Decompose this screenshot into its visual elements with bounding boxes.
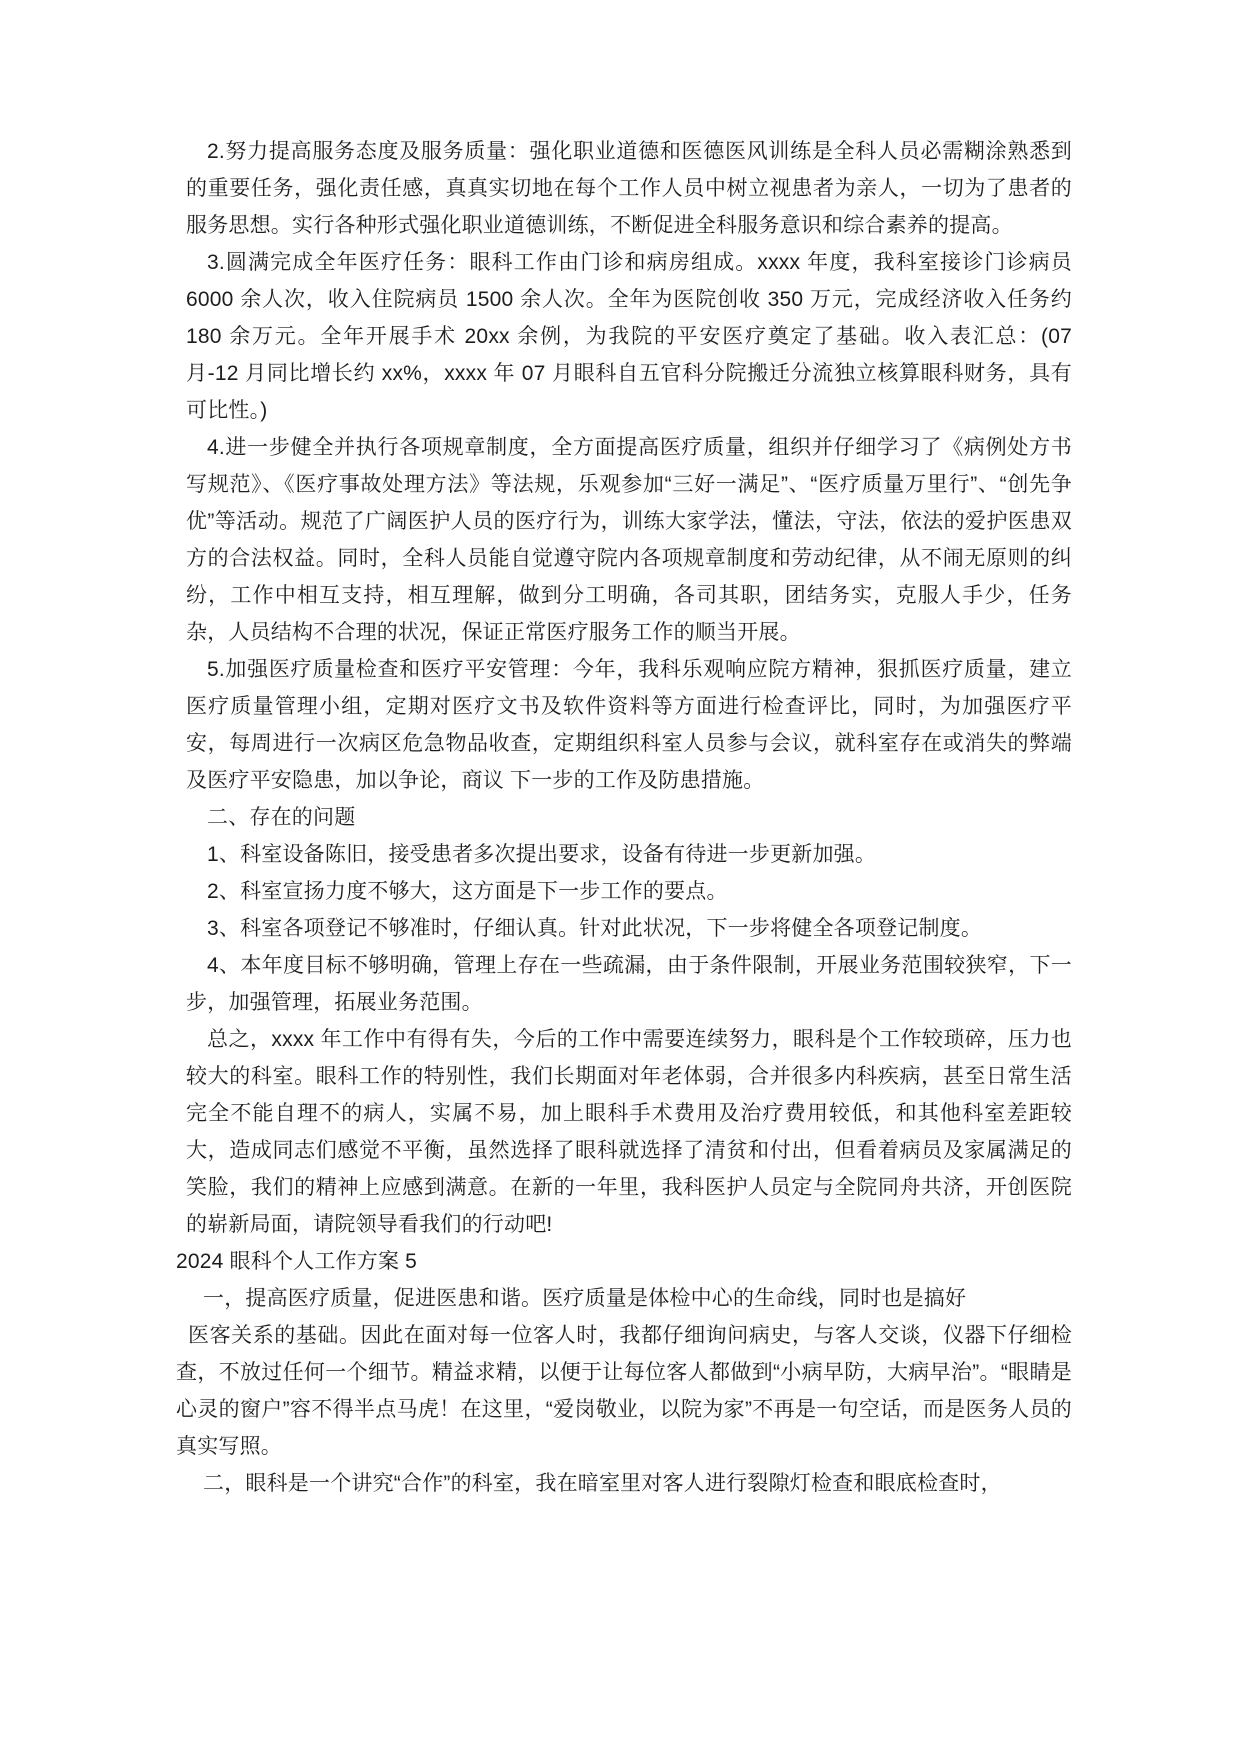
paragraph: 3.圆满完成全年医疗任务：眼科工作由门诊和病房组成。xxxx 年度，我科室接诊门… [186, 244, 1072, 429]
paragraph: 1、科室设备陈旧，接受患者多次提出要求，设备有待进一步更新加强。 [186, 836, 1072, 873]
paragraph: 2024 眼科个人工作方案 5 [176, 1243, 1072, 1280]
paragraph: 2、科室宣扬力度不够大，这方面是下一步工作的要点。 [186, 873, 1072, 910]
paragraph: 4、本年度目标不够明确，管理上存在一些疏漏，由于条件限制，开展业务范围较狭窄，下… [186, 947, 1072, 1021]
paragraph: 2.努力提高服务态度及服务质量：强化职业道德和医德医风训练是全科人员必需糊涂熟悉… [186, 133, 1072, 244]
paragraph: 医客关系的基础。因此在面对每一位客人时，我都仔细询问病史，与客人交谈，仪器下仔细… [176, 1317, 1072, 1465]
paragraph: 4.进一步健全并执行各项规章制度，全方面提高医疗质量，组织并仔细学习了《病例处方… [186, 429, 1072, 651]
document-page: 2.努力提高服务态度及服务质量：强化职业道德和医德医风训练是全科人员必需糊涂熟悉… [0, 0, 1240, 1753]
paragraph: 二、存在的问题 [186, 799, 1072, 836]
paragraph: 二，眼科是一个讲究“合作”的科室，我在暗室里对客人进行裂隙灯检查和眼底检查时， [176, 1465, 1072, 1502]
paragraph: 总之，xxxx 年工作中有得有失，今后的工作中需要连续努力，眼科是个工作较琐碎，… [186, 1021, 1072, 1243]
paragraph: 3、科室各项登记不够准时，仔细认真。针对此状况，下一步将健全各项登记制度。 [186, 910, 1072, 947]
paragraph: 一，提高医疗质量，促进医患和谐。医疗质量是体检中心的生命线，同时也是搞好 [176, 1280, 1072, 1317]
paragraph: 5.加强医疗质量检查和医疗平安管理：今年，我科乐观响应院方精神，狠抓医疗质量，建… [186, 651, 1072, 799]
